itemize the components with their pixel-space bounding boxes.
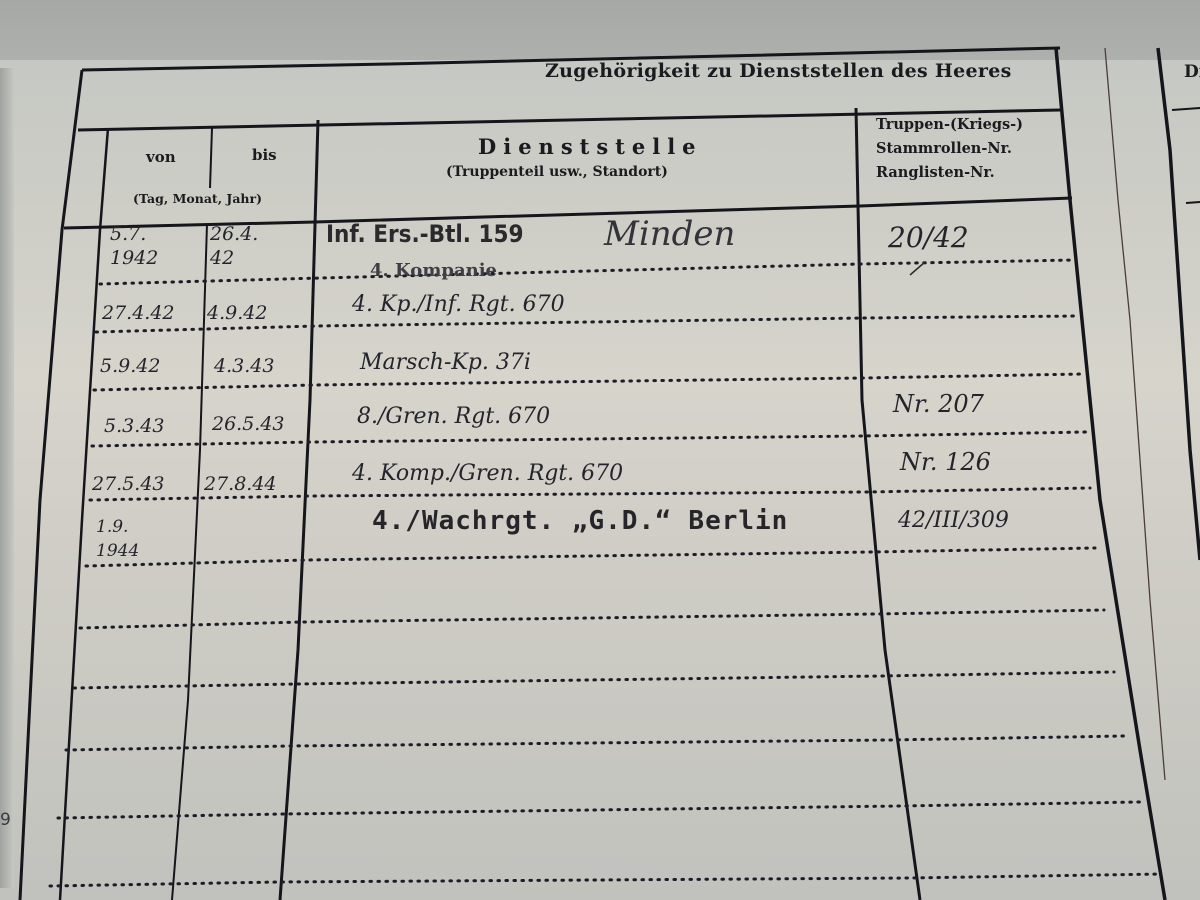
column-header-date-format: (Tag, Monat, Jahr) bbox=[133, 191, 262, 206]
entry-bis: 26.4. 42 bbox=[210, 222, 258, 270]
column-header-dienststelle-sub: (Truppenteil usw., Standort) bbox=[446, 164, 668, 180]
entry-von: 27.4.42 bbox=[102, 302, 175, 324]
entry-von: 5.9.42 bbox=[100, 355, 160, 377]
entry-von: 5.3.43 bbox=[104, 415, 164, 437]
entry-dienststelle: 8./Gren. Rgt. 670 bbox=[357, 404, 550, 429]
entry-bis: 26.5.43 bbox=[212, 413, 285, 435]
section-title: Zugehörigkeit zu Dienststellen des Heere… bbox=[545, 60, 1012, 82]
entry-dienststelle-stamp: Inf. Ers.-Btl. 159 bbox=[326, 220, 524, 248]
stammrolle-header-line1: Truppen-(Kriegs-) bbox=[876, 113, 1023, 137]
entry-stammrolle: Nr. 207 bbox=[893, 390, 984, 418]
entry-dienststelle: 4. Kp./Inf. Rgt. 670 bbox=[352, 292, 565, 317]
entry-bis: 4.9.42 bbox=[207, 302, 267, 324]
entry-dienststelle-sub: 4. Kompanie bbox=[370, 260, 497, 281]
column-header-bis: bis bbox=[252, 146, 277, 164]
entry-stammrolle: 20/42 bbox=[888, 221, 969, 254]
entry-von-line2: 1942 bbox=[110, 246, 158, 270]
entry-von: 1.9. 1944 bbox=[96, 515, 139, 563]
entry-von-line1: 1.9. bbox=[96, 515, 139, 539]
entry-von: 27.5.43 bbox=[92, 473, 165, 495]
entry-stammrolle: 42/III/309 bbox=[898, 508, 1009, 533]
column-header-dienststelle: Dienststelle bbox=[478, 134, 703, 159]
entry-dienststelle-stamp: 4./Wachrgt. „G.D.“ Berlin bbox=[372, 506, 788, 536]
column-header-stammrolle: Truppen-(Kriegs-) Stammrollen-Nr. Rangli… bbox=[876, 113, 1023, 185]
entry-bis-line2: 42 bbox=[210, 246, 258, 270]
entry-dienststelle: 4. Komp./Gren. Rgt. 670 bbox=[352, 461, 623, 486]
stammrolle-header-line3: Ranglisten-Nr. bbox=[876, 161, 1023, 185]
entry-von-line1: 5.7. bbox=[110, 222, 158, 246]
entry-von: 5.7. 1942 bbox=[110, 222, 158, 270]
entry-bis: 27.8.44 bbox=[204, 473, 277, 495]
entry-bis-line1: 26.4. bbox=[210, 222, 258, 246]
column-header-von: von bbox=[146, 148, 176, 166]
entry-von-line2: 1944 bbox=[96, 539, 139, 563]
right-page-fragment: Di bbox=[1184, 62, 1200, 82]
stammrolle-header-line2: Stammrollen-Nr. bbox=[876, 137, 1023, 161]
entry-stammrolle: Nr. 126 bbox=[900, 448, 991, 476]
entry-dienststelle-location: Minden bbox=[604, 214, 735, 254]
entry-bis: 4.3.43 bbox=[214, 355, 274, 377]
margin-page-number: 9 bbox=[0, 810, 11, 830]
entry-dienststelle: Marsch-Kp. 37i bbox=[360, 350, 531, 375]
